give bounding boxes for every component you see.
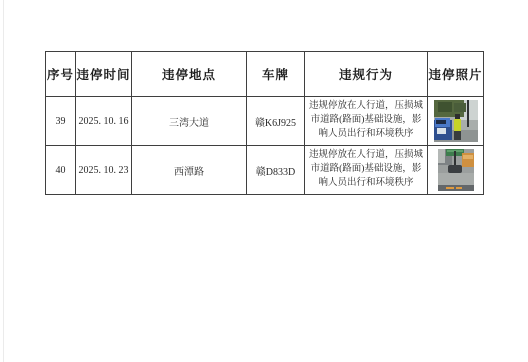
col-header-time: 违停时间 [76,52,132,97]
col-header-index: 序号 [46,52,76,97]
cell-index: 39 [46,97,76,146]
col-header-behavior: 违规行为 [305,52,428,97]
cell-plate: 赣K6J925 [247,97,305,146]
violation-photo-street-scene [438,149,474,191]
cell-behavior: 违规停放在人行道，压损城市道路(路面)基础设施，影响人员出行和环境秩序 [305,146,428,195]
cell-behavior: 违规停放在人行道，压损城市道路(路面)基础设施，影响人员出行和环境秩序 [305,97,428,146]
col-header-photo: 违停照片 [428,52,484,97]
col-header-location: 违停地点 [132,52,247,97]
table-row: 40 2025. 10. 23 西潭路 赣D833D 违规停放在人行道，压损城市… [46,146,484,195]
cell-index: 40 [46,146,76,195]
cell-photo [428,97,484,146]
violation-table: 序号 违停时间 违停地点 车牌 违规行为 违停照片 39 2025. 10. 1… [45,51,484,195]
table-header-row: 序号 违停时间 违停地点 车牌 违规行为 违停照片 [46,52,484,97]
cell-location: 三湾大道 [132,97,247,146]
col-header-plate: 车牌 [247,52,305,97]
cell-time: 2025. 10. 23 [76,146,132,195]
cell-time: 2025. 10. 16 [76,97,132,146]
table-row: 39 2025. 10. 16 三湾大道 赣K6J925 违规停放在人行道，压损… [46,97,484,146]
violation-photo-street-scene [434,100,478,142]
page-edge-line [3,0,4,362]
cell-photo [428,146,484,195]
cell-location: 西潭路 [132,146,247,195]
cell-plate: 赣D833D [247,146,305,195]
